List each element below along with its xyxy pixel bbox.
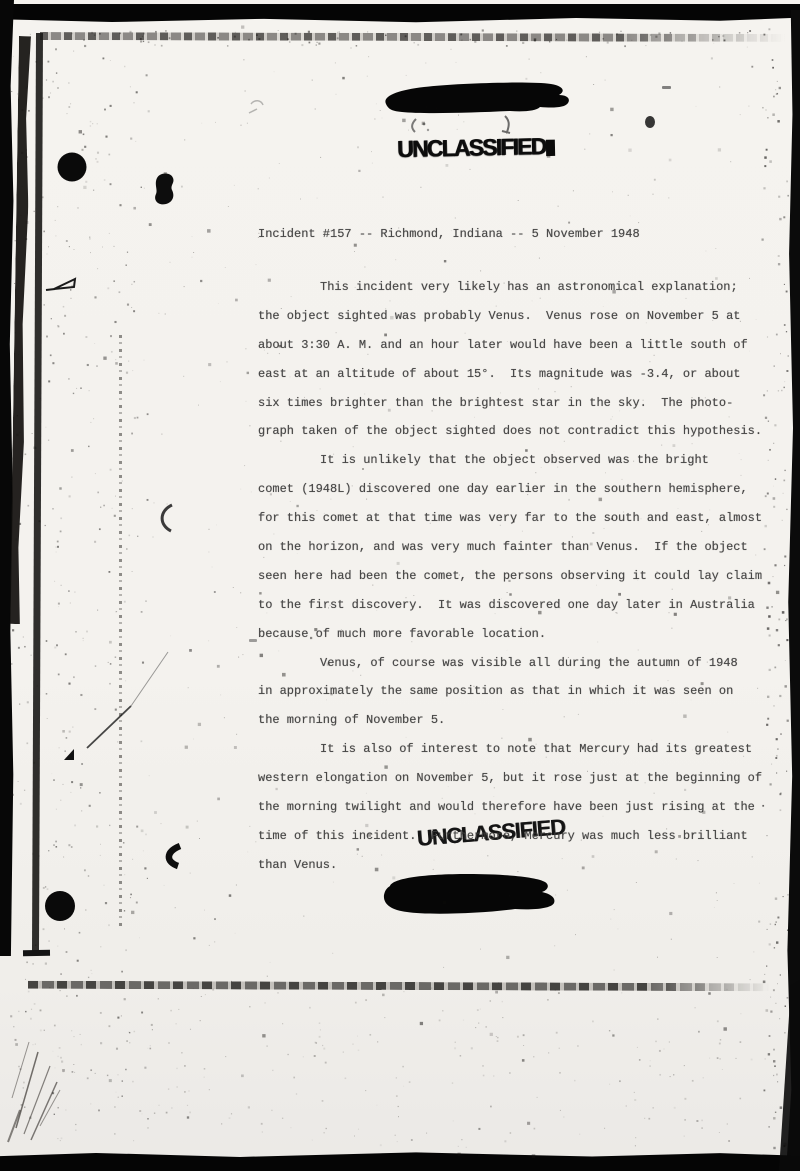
pen-dot bbox=[427, 129, 429, 131]
document-line: east at an altitude of about 15°. Its ma… bbox=[258, 360, 778, 389]
binding-line-right bbox=[32, 33, 43, 954]
paren-mark bbox=[412, 119, 416, 132]
binding-line-crossbar bbox=[23, 950, 50, 956]
redaction-bar-top bbox=[385, 83, 568, 114]
document-line: the morning twilight and would therefore… bbox=[258, 793, 778, 822]
scanned-document-page: UNCLASSIFIED UNCLASSIFIED Incident #157 … bbox=[0, 0, 800, 1171]
document-line: the morning of November 5. bbox=[258, 706, 778, 735]
document-body: This incident very likely has an astrono… bbox=[258, 273, 778, 880]
crescent-mark-lower bbox=[169, 846, 180, 866]
document-line: than Venus. bbox=[258, 851, 778, 880]
scratch-line-mid bbox=[87, 706, 131, 748]
document-line: seen here had been the comet, the person… bbox=[258, 562, 778, 591]
document-line: comet (1948L) discovered one day earlier… bbox=[258, 475, 778, 504]
scan-border-top bbox=[0, 4, 800, 23]
crescent-mark-upper bbox=[162, 505, 172, 531]
arrow-mark bbox=[54, 279, 75, 289]
document-line: It is unlikely that the object observed … bbox=[258, 446, 778, 475]
document-line: This incident very likely has an astrono… bbox=[258, 273, 778, 302]
dotted-margin-line bbox=[119, 335, 122, 929]
document-line: on the horizon, and was very much fainte… bbox=[258, 533, 778, 562]
arrow-mark-tail bbox=[46, 289, 55, 290]
ink-dash bbox=[662, 86, 671, 89]
document-line: for this comet at that time was very far… bbox=[258, 504, 778, 533]
ink-speck bbox=[645, 116, 655, 128]
page-top-edge-line bbox=[40, 32, 786, 42]
binding-line-left bbox=[10, 36, 31, 624]
ink-dash bbox=[249, 639, 257, 642]
document-line: Venus, of course was visible all during … bbox=[258, 649, 778, 678]
document-line: about 3:30 A. M. and an hour later would… bbox=[258, 331, 778, 360]
hole-punch-bottom bbox=[45, 891, 75, 921]
stamp-smudge bbox=[546, 140, 555, 157]
scan-border-bottom bbox=[0, 1152, 800, 1171]
document-text-block: Incident #157 -- Richmond, Indiana -- 5 … bbox=[258, 227, 778, 245]
pen-dot bbox=[423, 123, 426, 126]
page-bottom-edge-line bbox=[28, 981, 770, 992]
document-line: the object sighted was probably Venus. V… bbox=[258, 302, 778, 331]
triangle-speck bbox=[64, 749, 74, 760]
document-line: because of much more favorable location. bbox=[258, 620, 778, 649]
document-line: to the first discovery. It was discovere… bbox=[258, 591, 778, 620]
scan-border-right bbox=[786, 10, 800, 1171]
hook-mark bbox=[502, 116, 510, 133]
faint-scribble bbox=[249, 101, 263, 113]
document-line: graph taken of the object sighted does n… bbox=[258, 417, 778, 446]
unclassified-stamp-top-label: UNCLASSIFIED bbox=[397, 133, 546, 163]
document-line: six times brighter than the brightest st… bbox=[258, 389, 778, 418]
document-line: in approximately the same position as th… bbox=[258, 677, 778, 706]
scratch-marks bbox=[8, 1042, 60, 1142]
document-line: It is also of interest to note that Merc… bbox=[258, 735, 778, 764]
document-line: time of this incident. Furthermore, Merc… bbox=[258, 822, 778, 851]
scan-border-left bbox=[0, 0, 14, 956]
unclassified-stamp-top: UNCLASSIFIED bbox=[397, 132, 556, 163]
redaction-bar-bottom bbox=[384, 874, 555, 914]
scratch-line-mid-faint bbox=[131, 652, 168, 706]
hole-punch-top bbox=[58, 153, 87, 182]
document-line: western elongation on November 5, but it… bbox=[258, 764, 778, 793]
ink-blob bbox=[155, 174, 173, 205]
document-heading: Incident #157 -- Richmond, Indiana -- 5 … bbox=[258, 227, 778, 245]
